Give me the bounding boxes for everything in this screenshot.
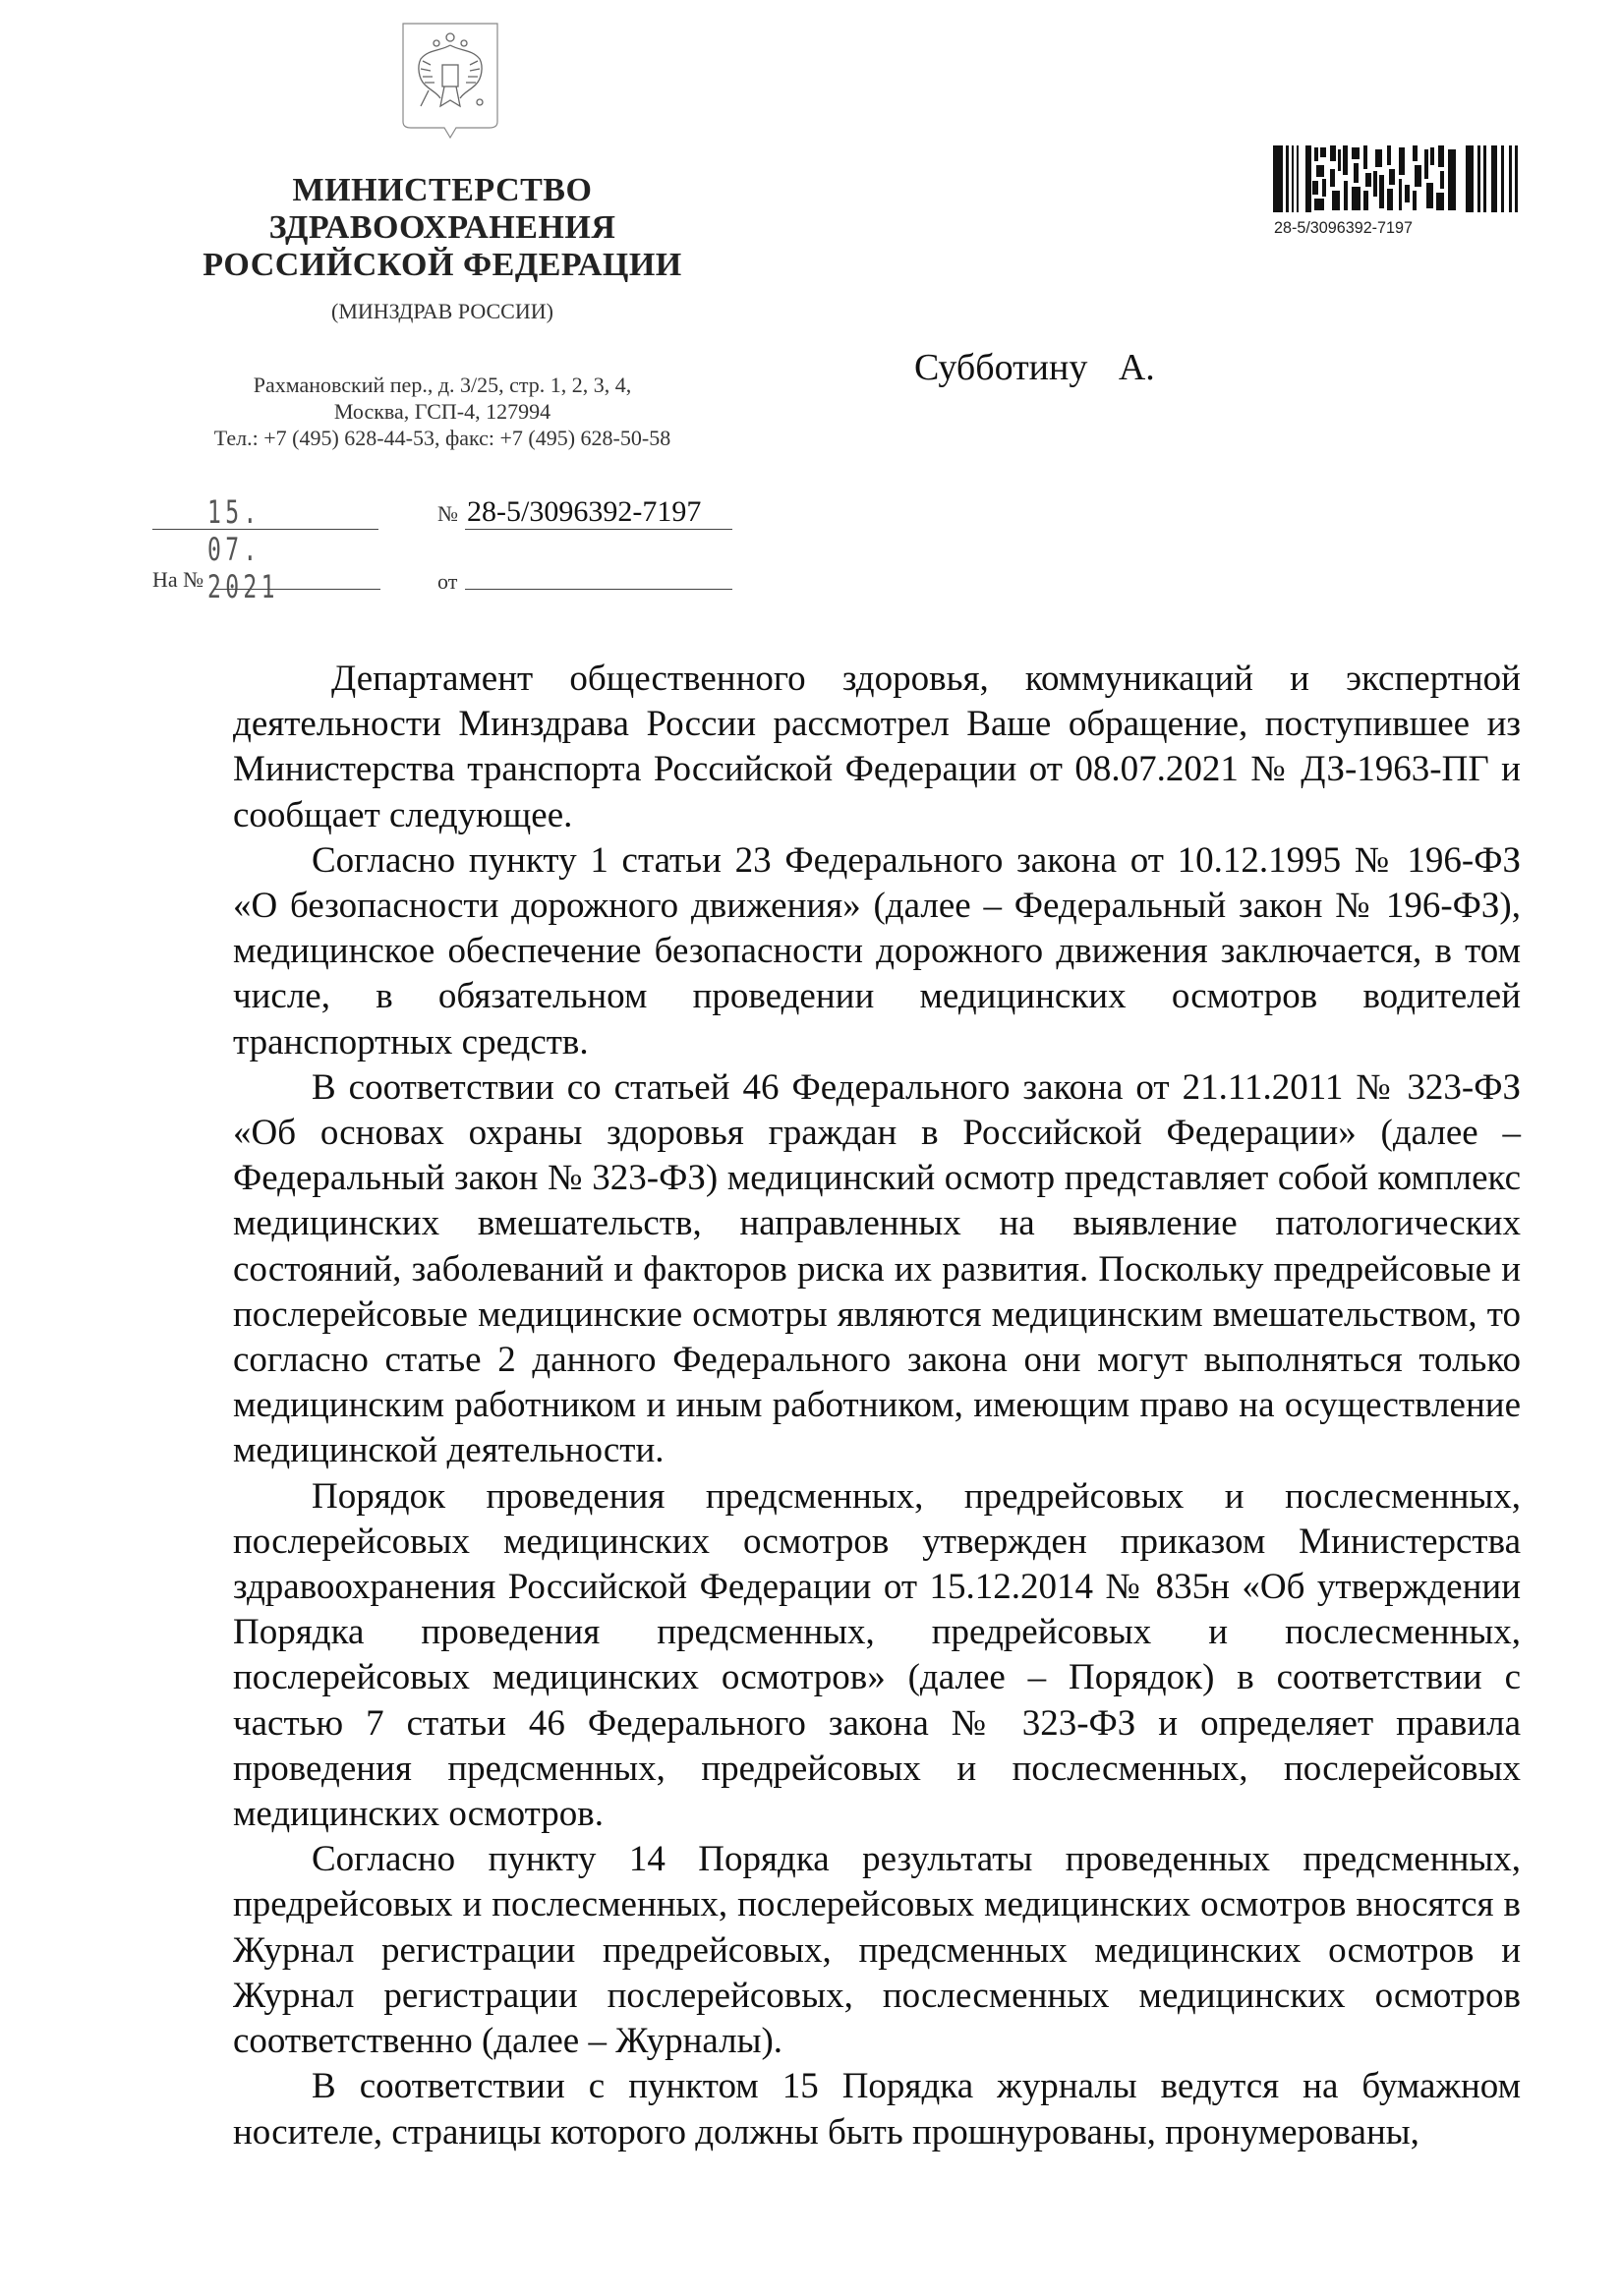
body-paragraph: В соответствии со статьей 46 Федеральног…	[233, 1065, 1521, 1474]
reply-from-label: от	[437, 569, 457, 595]
recipient-name: Субботину А.	[914, 346, 1155, 389]
body-paragraph: Департамент общественного здоровья, комм…	[233, 657, 1521, 838]
address-line: Москва, ГСП-4, 127994	[147, 398, 737, 425]
body-paragraph: Согласно пункту 14 Порядка результаты пр…	[233, 1837, 1521, 2064]
pdf417-barcode-icon	[1273, 145, 1519, 212]
ministry-name: МИНИСТЕРСТВО ЗДРАВООХРАНЕНИЯ РОССИЙСКОЙ …	[147, 172, 737, 284]
letter-body: Департамент общественного здоровья, комм…	[233, 657, 1521, 2155]
outgoing-number-field: 28-5/3096392-7197	[465, 491, 732, 530]
body-paragraph: В соответствии с пунктом 15 Порядка журн…	[233, 2064, 1521, 2154]
reply-reference-line: На № от	[152, 565, 732, 595]
ministry-short-name: (МИНЗДРАВ РОССИИ)	[147, 299, 737, 324]
ministry-address: Рахмановский пер., д. 3/25, стр. 1, 2, 3…	[147, 372, 737, 451]
coat-of-arms-icon	[401, 22, 499, 142]
barcode-number: 28-5/3096392-7197	[1274, 218, 1413, 238]
ministry-line: ЗДРАВООХРАНЕНИЯ	[147, 209, 737, 247]
address-line: Рахмановский пер., д. 3/25, стр. 1, 2, 3…	[147, 372, 737, 398]
ministry-line: РОССИЙСКОЙ ФЕДЕРАЦИИ	[147, 247, 737, 284]
body-paragraph: Согласно пункту 1 статьи 23 Федерального…	[233, 838, 1521, 1065]
date-field: 15. 07. 2021	[152, 491, 378, 530]
registration-line: 15. 07. 2021 № 28-5/3096392-7197	[152, 491, 732, 531]
outgoing-number: 28-5/3096392-7197	[467, 495, 701, 529]
reply-number-blank	[213, 565, 380, 590]
reply-number-label: На №	[152, 567, 203, 593]
number-sign: №	[437, 501, 458, 527]
reply-date-blank	[465, 565, 732, 590]
address-line: Тел.: +7 (495) 628-44-53, факс: +7 (495)…	[147, 425, 737, 451]
ministry-line: МИНИСТЕРСТВО	[147, 172, 737, 209]
body-paragraph: Порядок проведения предсменных, предрейс…	[233, 1474, 1521, 1838]
